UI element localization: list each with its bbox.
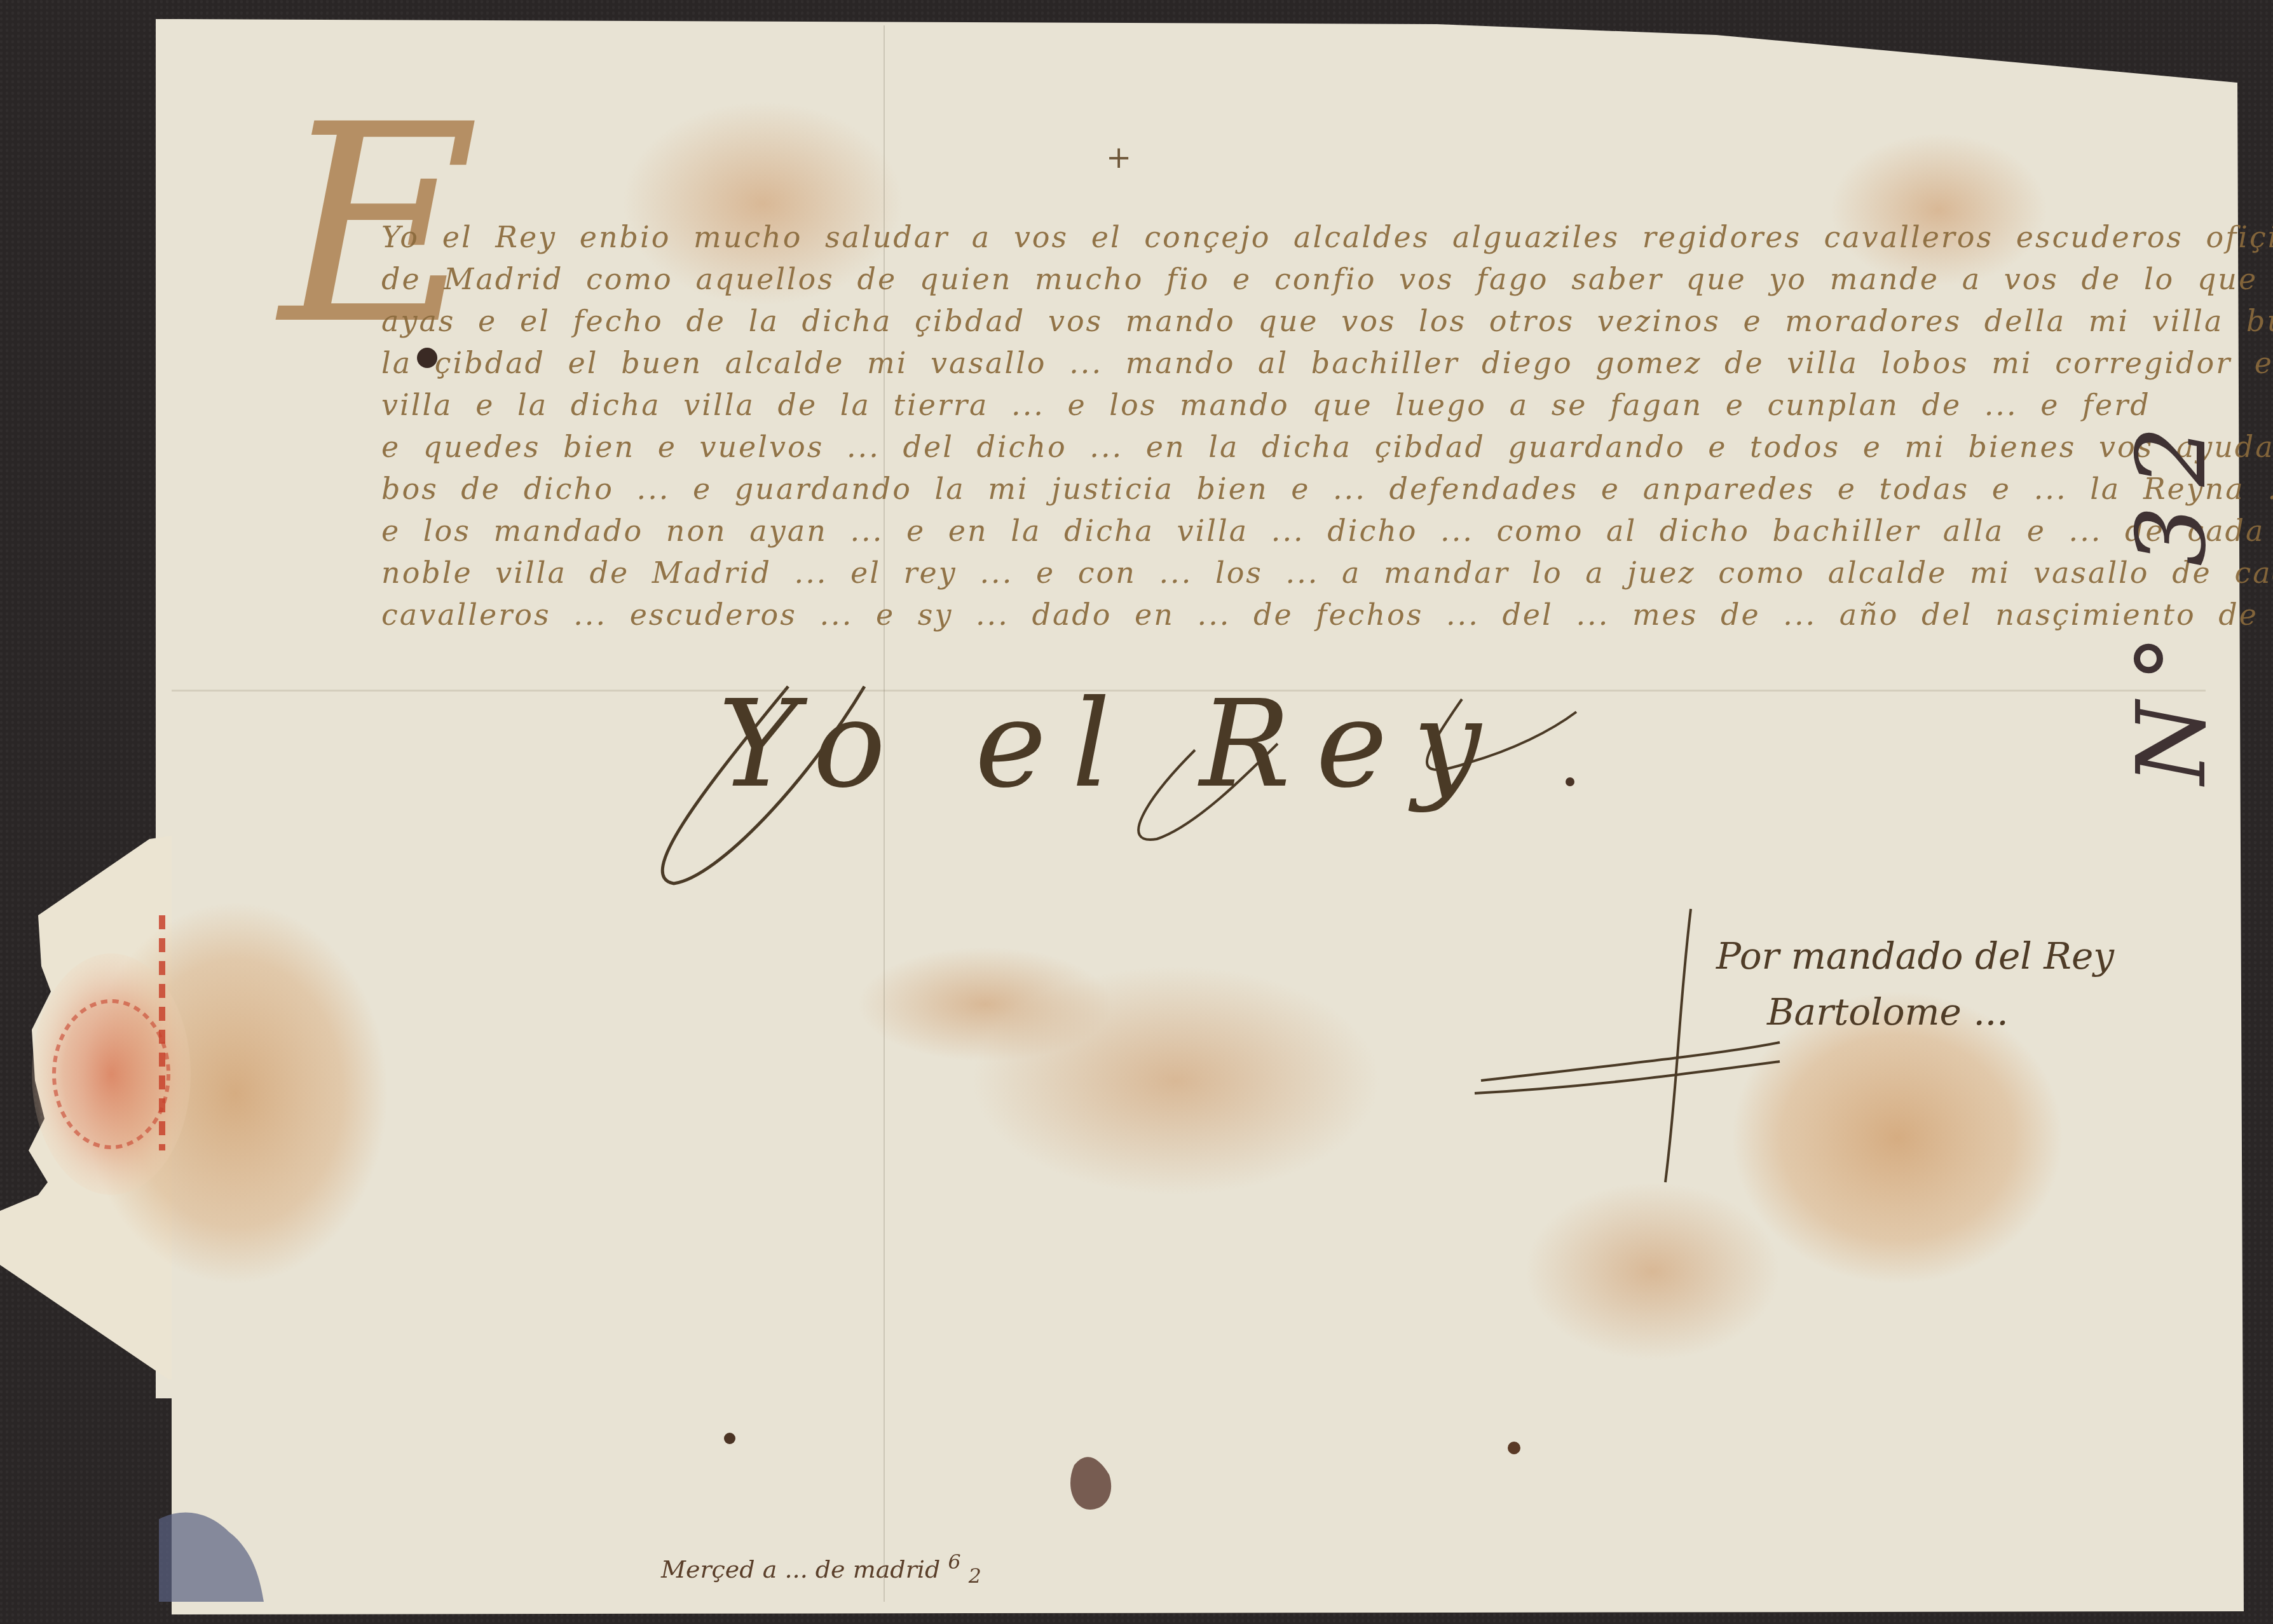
body-line: de Madrid como aquellos de quien mucho f… bbox=[381, 258, 2098, 300]
body-line: cavalleros ... escuderos ... e sy ... da… bbox=[381, 594, 2098, 636]
cross-mark: + bbox=[1106, 140, 1131, 175]
subscription-line-1: Por mandado del Rey bbox=[1716, 928, 2114, 984]
royal-signature: Yo el Rey bbox=[718, 674, 1506, 814]
archive-number: N° 32 bbox=[2117, 407, 2227, 785]
body-line: bos de dicho ... e guardando la mi justi… bbox=[381, 468, 2098, 510]
body-line: noble villa de Madrid ... el rey ... e c… bbox=[381, 552, 2098, 594]
letter-body: Yo el Rey enbio mucho saludar a vos el c… bbox=[381, 216, 2098, 636]
body-line: ayas e el fecho de la dicha çibdad vos m… bbox=[381, 300, 2098, 342]
endorsement-text: Merçed a ... de madrid bbox=[661, 1555, 940, 1583]
endorsement-superscript: 6 bbox=[948, 1551, 960, 1574]
endorsement-subscript: 2 bbox=[969, 1565, 981, 1588]
body-line: villa e la dicha villa de la tierra ... … bbox=[381, 384, 2098, 426]
body-line: Yo el Rey enbio mucho saludar a vos el c… bbox=[381, 216, 2098, 258]
secretary-subscription: Por mandado del Rey Bartolome ... bbox=[1716, 928, 2114, 1040]
body-line: la çibdad el buen alcalde mi vasallo ...… bbox=[381, 342, 2098, 384]
endorsement-note: Merçed a ... de madrid 6 2 bbox=[661, 1551, 981, 1588]
subscription-line-2: Bartolome ... bbox=[1716, 984, 2114, 1040]
body-line: e quedes bien e vuelvos ... del dicho ..… bbox=[381, 426, 2098, 468]
body-line: e los mandado non ayan ... e en la dicha… bbox=[381, 510, 2098, 552]
